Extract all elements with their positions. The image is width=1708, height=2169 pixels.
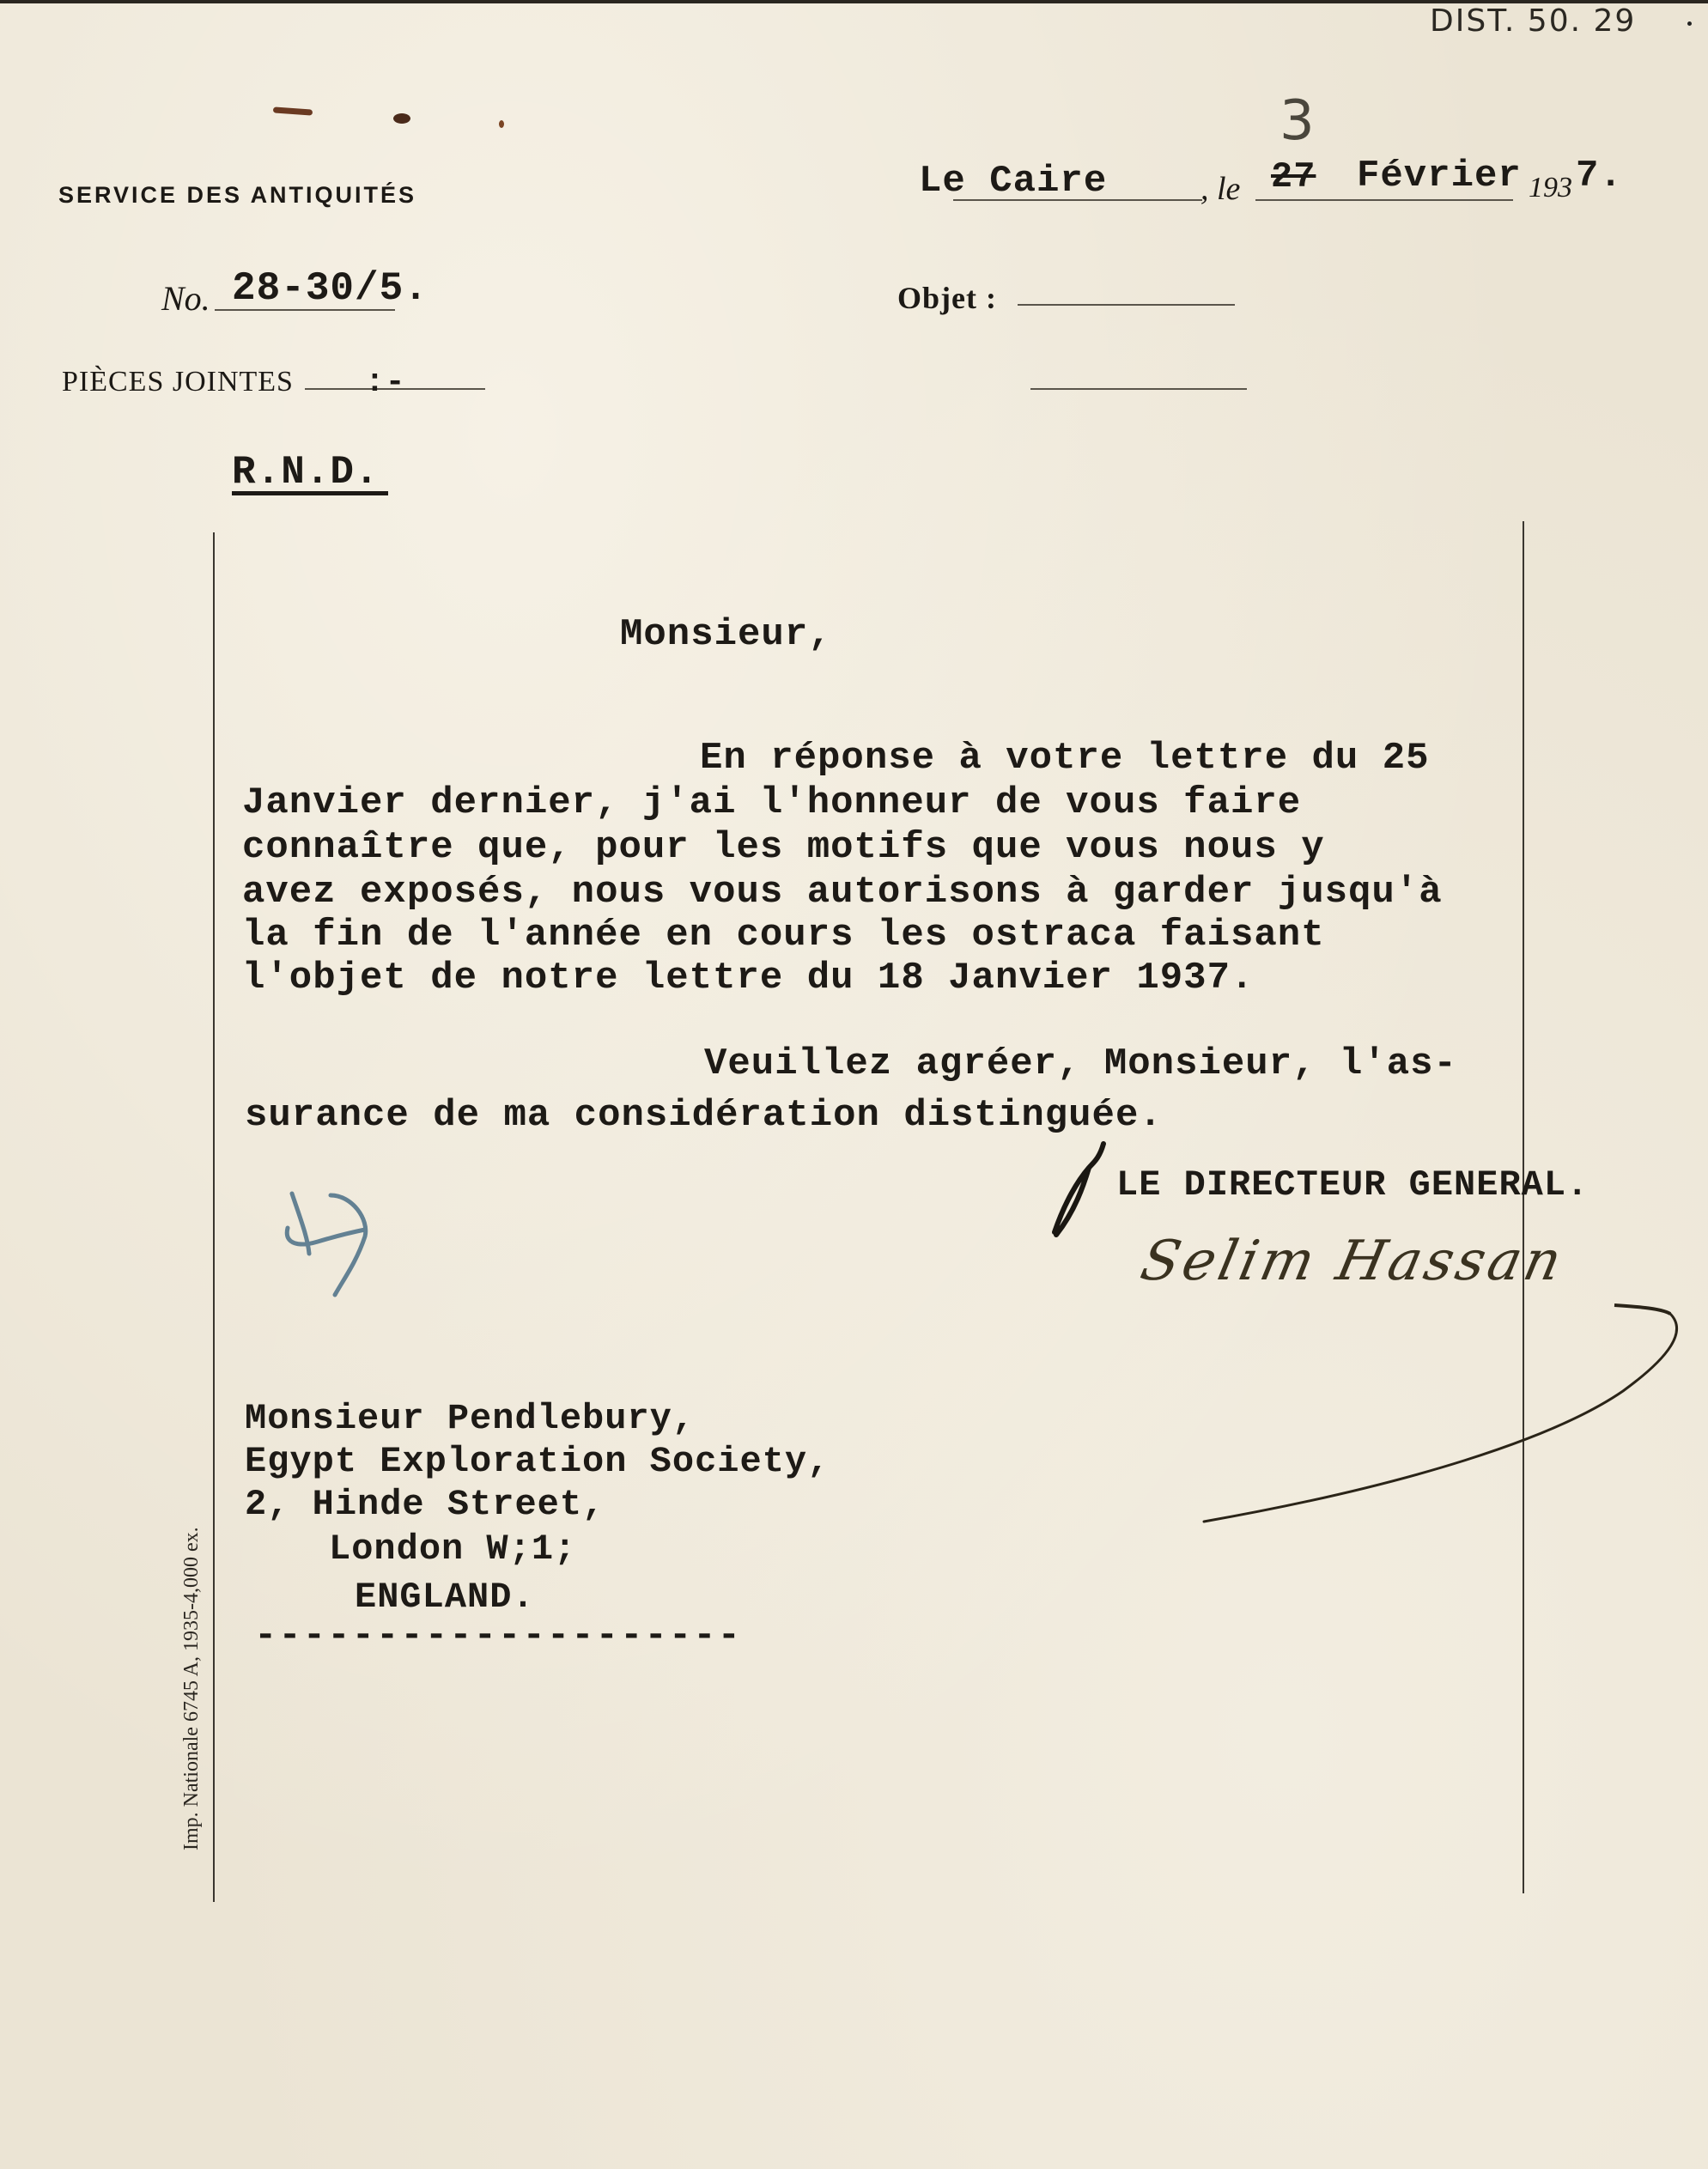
left-margin-line — [213, 532, 215, 1902]
closing-line: Veuillez agréer, Monsieur, l'as- — [704, 1042, 1457, 1085]
recipient-separator: -------------------- — [254, 1614, 742, 1657]
ink-blot — [393, 113, 410, 124]
attachments-label: PIÈCES JOINTES — [62, 366, 294, 398]
handwritten-day-correction: 3 — [1279, 89, 1315, 153]
ink-blot — [499, 120, 504, 128]
date-year-prefix: 193 — [1529, 172, 1572, 204]
date-year-suffix: 7. — [1576, 155, 1623, 197]
paraph-stroke-icon — [1039, 1142, 1116, 1245]
archive-reference: DIST. 50. 29 — [1430, 3, 1636, 39]
initials-underline — [232, 491, 388, 495]
closing-line: surance de ma considération distinguée. — [245, 1094, 1163, 1137]
body-line: connaître que, pour les motifs que vous … — [242, 826, 1325, 869]
date-month: Février — [1357, 155, 1522, 197]
reference-number-label: No. — [161, 278, 210, 319]
right-margin-line — [1523, 521, 1524, 1893]
blue-pencil-mark-icon — [283, 1185, 352, 1297]
body-line: l'objet de notre lettre du 18 Janvier 19… — [242, 957, 1254, 999]
recipient-line: Egypt Exploration Society, — [245, 1441, 830, 1482]
place-rule — [953, 199, 1202, 201]
date-rule — [1255, 199, 1513, 201]
typist-initials: R.N.D. — [232, 450, 380, 495]
subject-label: Objet : — [897, 280, 997, 316]
salutation: Monsieur, — [620, 613, 832, 656]
body-line: avez exposés, nous vous autorisons à gar… — [242, 871, 1443, 914]
date-day-struck: 27 — [1271, 156, 1316, 197]
printer-imprint: Imp. Nationale 6745 A, 1935-4,000 ex. — [180, 1527, 204, 1850]
recipient-line: London W;1; — [329, 1528, 576, 1570]
subject-rule-1b — [1151, 304, 1235, 306]
signature: Selim Hassan — [1135, 1230, 1570, 1293]
signature-flourish-icon — [1194, 1297, 1675, 1537]
body-line: Janvier dernier, j'ai l'honneur de vous … — [242, 781, 1301, 824]
signatory-title: LE DIRECTEUR GENERAL. — [1116, 1164, 1589, 1206]
recipient-line: 2, Hinde Street, — [245, 1484, 605, 1525]
recipient-line: Monsieur Pendlebury, — [245, 1398, 695, 1439]
corner-dot — [1687, 21, 1692, 26]
date-prefix: , le — [1200, 170, 1240, 208]
attachments-value: :- — [365, 364, 406, 401]
recipient-line: ENGLAND. — [355, 1577, 535, 1618]
organization-heading: SERVICE DES ANTIQUITÉS — [58, 182, 416, 209]
body-line: En réponse à votre lettre du 25 — [700, 737, 1430, 780]
place: Le Caire — [919, 160, 1107, 203]
subject-rule-2b — [1161, 388, 1247, 390]
reference-number-value: 28-30/5. — [232, 266, 429, 311]
body-line: la fin de l'année en cours les ostraca f… — [242, 914, 1325, 957]
